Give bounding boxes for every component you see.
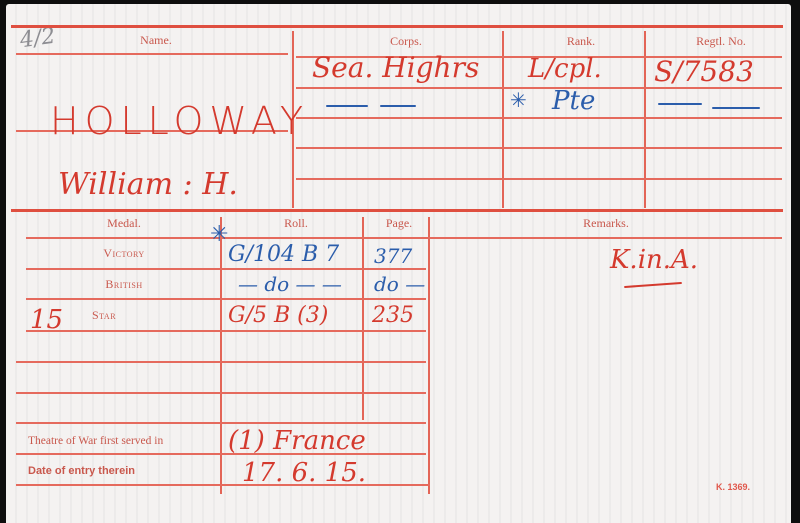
medal-label-british: British xyxy=(64,277,184,292)
medal-label-star: Star xyxy=(92,308,172,323)
divider-page-remarks xyxy=(428,217,430,494)
medal-row-line xyxy=(16,361,426,363)
medal-row-line xyxy=(26,268,426,270)
medal-index-card: 4/2 Name. Corps. Rank. Regtl. No. HOLLOW… xyxy=(6,4,791,523)
form-number-stamp: K. 1369. xyxy=(716,482,750,492)
pencil-annotation: 4/2 xyxy=(19,26,57,53)
divider-rank-regt xyxy=(644,31,646,208)
regt-no-underline xyxy=(658,103,702,105)
remarks-underline xyxy=(624,282,682,288)
rank-header: Rank. xyxy=(516,34,646,49)
roll-header: Roll. xyxy=(256,216,336,231)
surname-value: HOLLOWAY xyxy=(50,102,309,140)
page-star: 235 xyxy=(372,305,414,327)
regt-no-header: Regtl. No. xyxy=(661,34,781,49)
medal-row-line xyxy=(26,298,426,300)
row-line-5 xyxy=(296,178,782,180)
section-rule xyxy=(11,209,783,212)
forenames-value: William : H. xyxy=(58,170,238,200)
name-row-line xyxy=(16,53,288,55)
corps-underline xyxy=(380,105,416,107)
service-row-line xyxy=(16,484,430,486)
medal-row-line xyxy=(26,330,426,332)
name-header: Name. xyxy=(96,33,216,48)
rank-amendment-value: Pte xyxy=(552,88,595,114)
roll-victory: G/104 B 7 xyxy=(228,244,339,266)
corps-underline xyxy=(326,105,368,107)
star-prefix: 15 xyxy=(30,307,63,333)
corps-header: Corps. xyxy=(346,34,466,49)
medal-header: Medal. xyxy=(64,216,184,231)
regt-no-value: S/7583 xyxy=(654,58,754,86)
page-header: Page. xyxy=(364,216,434,231)
remarks-value: K.in.A. xyxy=(610,247,698,273)
medal-label-victory: Victory xyxy=(64,246,184,261)
medal-row-line xyxy=(16,392,426,394)
row-line-4 xyxy=(296,147,782,149)
remarks-header: Remarks. xyxy=(546,216,666,231)
top-rule xyxy=(11,25,783,28)
date-label: Date of entry therein xyxy=(28,465,135,477)
page-british: do — xyxy=(374,274,425,294)
medal-header-line xyxy=(26,237,782,239)
roll-star: G/5 B (3) xyxy=(228,305,328,327)
divider-roll-page xyxy=(362,217,364,420)
regt-no-underline xyxy=(712,107,760,109)
theatre-value: (1) France xyxy=(228,428,366,454)
medal-row-line xyxy=(16,422,426,424)
row-line-3 xyxy=(296,117,782,119)
roll-marker: ✳ xyxy=(210,224,228,246)
roll-british: — do — — xyxy=(238,274,342,294)
divider-corps-rank xyxy=(502,31,504,208)
corps-value: Sea. Highrs xyxy=(312,54,479,82)
theatre-label: Theatre of War first served in xyxy=(28,435,163,447)
rank-value: L/cpl. xyxy=(528,56,602,82)
rank-amendment-marker: ✳ xyxy=(510,90,527,110)
date-value: 17. 6. 15. xyxy=(242,460,366,486)
page-victory: 377 xyxy=(374,246,412,266)
